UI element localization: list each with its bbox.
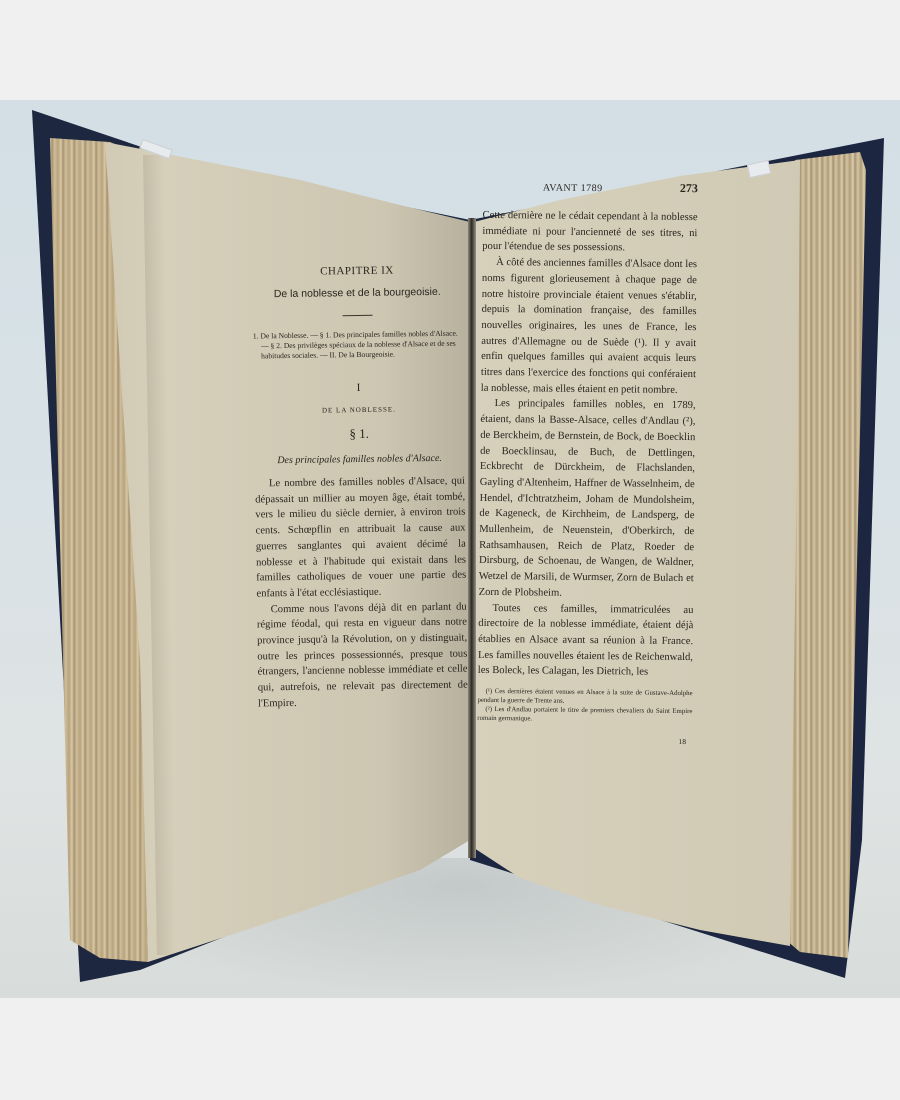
left-body-text: Le nombre des familles nobles d'Alsace, …	[255, 474, 468, 712]
footnotes: (¹) Ces dernières étaient venues en Alsa…	[477, 687, 692, 725]
chapter-heading: CHAPITRE IX	[252, 264, 462, 279]
chapter-summary: 1. De la Noblesse. — § 1. Des principale…	[253, 329, 463, 362]
page-number: 273	[680, 181, 698, 196]
running-head-title: AVANT 1789	[543, 183, 603, 195]
section-number: § 1.	[254, 425, 464, 444]
paragraph: Le nombre des familles nobles d'Alsace, …	[255, 474, 467, 603]
left-page-text: CHAPITRE IX De la noblesse et de la bour…	[252, 264, 468, 712]
paragraph: Toutes ces familles, immatriculées au di…	[478, 600, 694, 681]
paragraph: Comme nous l'avons déjà dit en parlant d…	[257, 599, 469, 712]
part-title: DE LA NOBLESSE.	[254, 405, 464, 416]
running-head: AVANT 1789 273	[483, 179, 698, 196]
footnote: (²) Les d'Andlau portaient le titre de p…	[477, 705, 692, 725]
part-number: I	[254, 381, 464, 396]
paragraph: Cette dernière ne le cédait cependant à …	[482, 208, 697, 257]
right-page-text: AVANT 1789 273 Cette dernière ne le céda…	[477, 179, 698, 746]
footnote: (¹) Ces dernières étaient venues en Alsa…	[477, 687, 692, 707]
book-gutter	[468, 218, 476, 858]
chapter-title: De la noblesse et de la bourgeoisie.	[252, 286, 462, 301]
paragraph: Les principales familles nobles, en 1789…	[479, 396, 696, 602]
right-body-text: Cette dernière ne le cédait cependant à …	[478, 208, 698, 681]
paragraph: À côté des anciennes familles d'Alsace d…	[481, 255, 697, 399]
divider	[343, 315, 373, 316]
section-title: Des principales familles nobles d'Alsace…	[255, 453, 465, 467]
